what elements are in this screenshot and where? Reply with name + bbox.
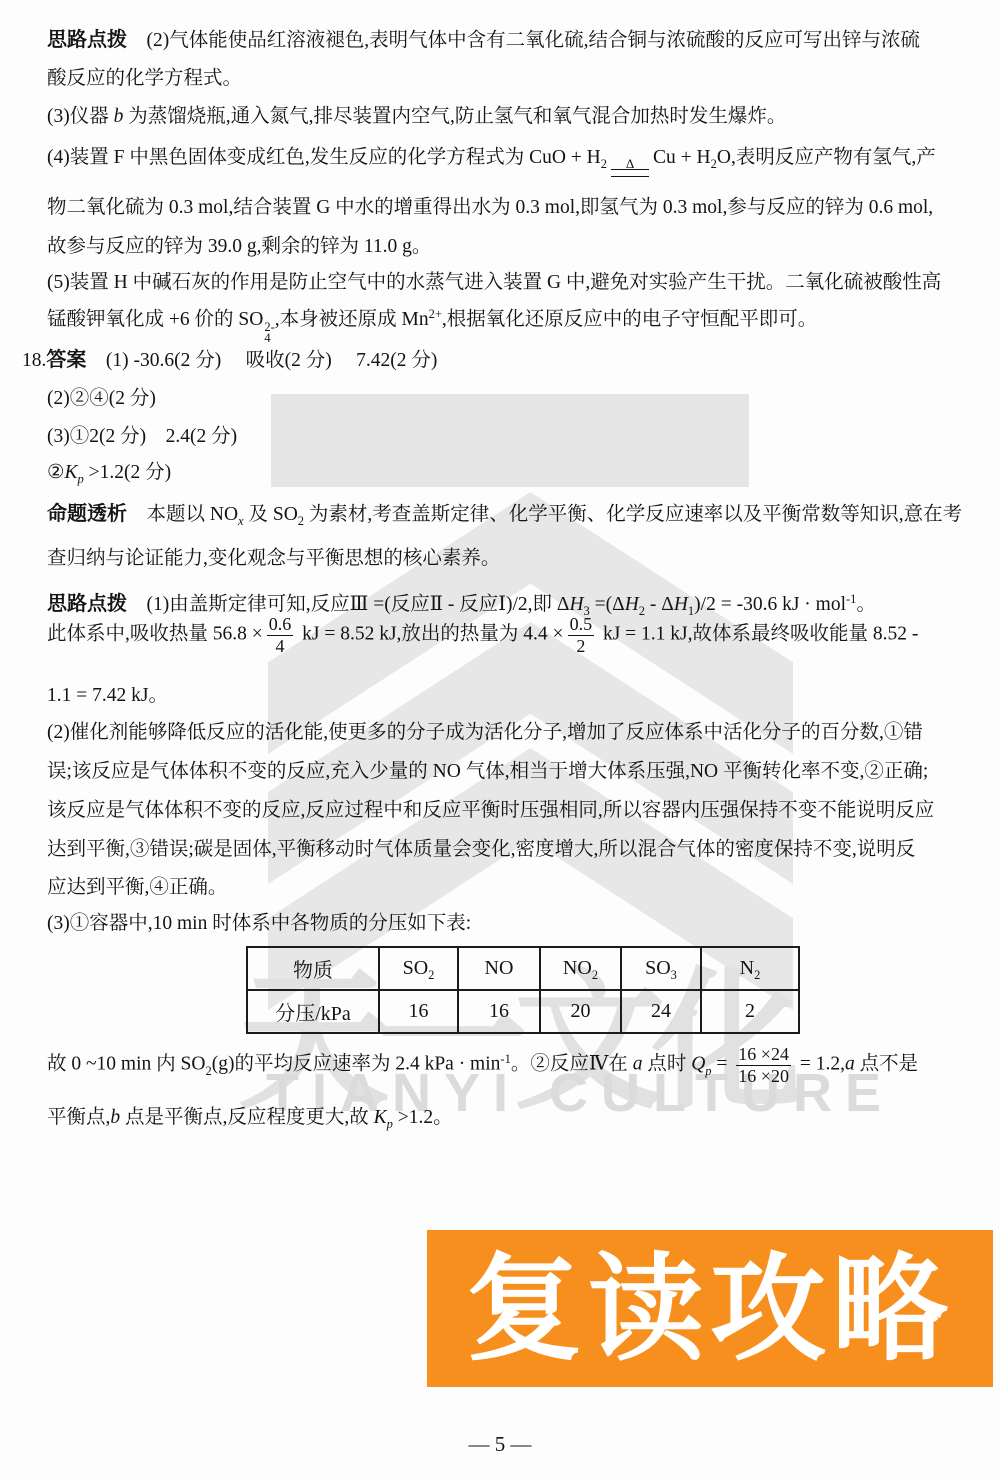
text: =(Δ <box>590 594 625 615</box>
text: (2)②④(2 分) <box>47 388 156 409</box>
text: SO <box>645 957 671 979</box>
bold-label: 命题透析 <box>47 503 127 525</box>
text: 酸反应的化学方程式。 <box>47 68 242 89</box>
text: 18. <box>22 350 46 371</box>
fraction: 0.64 <box>267 614 294 656</box>
text: (5)装置 H 中碱石灰的作用是防止空气中的水蒸气进入装置 G 中,避免对实验产… <box>47 272 941 293</box>
variable: Q <box>691 1054 705 1075</box>
subscript: p <box>705 1064 711 1078</box>
fraction: 16 ×2416 ×20 <box>736 1044 791 1086</box>
text: 误;该反应是气体体积不变的反应,充入少量的 NO 气体,相当于增大体系压强,NO… <box>47 761 928 782</box>
table-header-cell: NO <box>458 947 540 990</box>
text: = 1.2, <box>795 1054 845 1075</box>
table-cell: 分压/kPa <box>247 990 379 1033</box>
text: 平衡点, <box>47 1107 110 1128</box>
page-number: — 5 — <box>0 1432 1000 1457</box>
subscript: 2 <box>601 157 607 171</box>
text: NO <box>563 957 592 979</box>
variable: b <box>114 106 124 127</box>
text: 应达到平衡,④正确。 <box>47 877 227 898</box>
text: 查归纳与论证能力,变化观念与平衡思想的核心素养。 <box>47 548 500 569</box>
text-line: 锰酸钾氧化成 +6 价的 SO2-4,本身被还原成 Mn2+,根据氧化还原反应中… <box>47 308 817 343</box>
text: 本题以 NO <box>127 504 238 525</box>
text: 点时 <box>642 1054 691 1075</box>
text-line: 平衡点,b 点是平衡点,反应程度更大,故 Kp >1.2。 <box>47 1106 453 1130</box>
text-line: 查归纳与论证能力,变化观念与平衡思想的核心素养。 <box>47 547 500 571</box>
subscript: x <box>238 514 244 528</box>
text: (1) -30.6(2 分) 吸收(2 分) 7.42(2 分) <box>86 350 437 371</box>
variable: K <box>64 462 77 483</box>
text: NO <box>485 957 514 979</box>
text: 故参与反应的锌为 39.0 g,剩余的锌为 11.0 g。 <box>47 236 431 257</box>
partial-pressure-table: 物质 SO2 NO NO2 SO3 N2 分压/kPa 16 16 20 24 … <box>246 946 800 1034</box>
text: N <box>740 957 754 979</box>
table-cell: 24 <box>621 990 701 1033</box>
text: >1.2。 <box>393 1107 453 1128</box>
text: (4)装置 F 中黑色固体变成红色,发生反应的化学方程式为 CuO + H <box>47 147 601 168</box>
text: ,根据氧化还原反应中的电子守恒配平即可。 <box>442 309 817 330</box>
text: 锰酸钾氧化成 +6 价的 SO <box>47 309 263 330</box>
text: kJ = 8.52 kJ,放出的热量为 4.4 × <box>297 624 563 645</box>
text: (1)由盖斯定律可知,反应Ⅲ =(反应Ⅱ - 反应Ⅰ)/2,即 Δ <box>127 594 569 615</box>
text-line: (2)催化剂能够降低反应的活化能,使更多的分子成为活化分子,增加了反应体系中活化… <box>47 721 923 745</box>
table-header-cell: NO2 <box>540 947 621 990</box>
text: Cu + H <box>653 147 711 168</box>
table-cell: 16 <box>379 990 458 1033</box>
superscript: 2+ <box>429 307 442 321</box>
answer-line: (2)②④(2 分) <box>47 387 156 411</box>
text: 该反应是气体体积不变的反应,反应过程中和反应平衡时压强相同,所以容器内压强保持不… <box>47 800 934 821</box>
table-data-row: 分压/kPa 16 16 20 24 2 <box>247 990 799 1033</box>
table-header-cell: SO2 <box>379 947 458 990</box>
superscript: -1 <box>846 592 856 606</box>
text-line: (4)装置 F 中黑色固体变成红色,发生反应的化学方程式为 CuO + H2ΔC… <box>47 146 936 177</box>
subscript: p <box>78 472 84 486</box>
table-header-cell: N2 <box>701 947 799 990</box>
text-line: (3)仪器 b 为蒸馏烧瓶,通入氮气,排尽装置内空气,防止氢气和氧气混合加热时发… <box>47 105 786 129</box>
table-cell: 16 <box>458 990 540 1033</box>
text: 。 <box>856 594 876 615</box>
subscript: 2 <box>592 968 598 982</box>
text: 达到平衡,③错误;碳是固体,平衡移动时气体质量会变化,密度增大,所以混合气体的密… <box>47 839 915 860</box>
text-line: 达到平衡,③错误;碳是固体,平衡移动时气体质量会变化,密度增大,所以混合气体的密… <box>47 838 915 862</box>
table-header-row: 物质 SO2 NO NO2 SO3 N2 <box>247 947 799 990</box>
text: (2)气体能使品红溶液褪色,表明气体中含有二氧化硫,结合铜与浓硫酸的反应可写出锌… <box>127 30 920 51</box>
text-line: 此体系中,吸收热量 56.8 ×0.64 kJ = 8.52 kJ,放出的热量为… <box>47 614 918 656</box>
variable: K <box>374 1107 387 1128</box>
text: (3)①容器中,10 min 时体系中各物质的分压如下表: <box>47 913 471 934</box>
bold-label: 思路点拨 <box>47 29 127 51</box>
subscript: 3 <box>671 968 677 982</box>
text-line: 1.1 = 7.42 kJ。 <box>47 684 168 708</box>
text: )/2 = -30.6 kJ · mol <box>694 594 846 615</box>
answer-line: 18.答案 (1) -30.6(2 分) 吸收(2 分) 7.42(2 分) <box>22 348 437 373</box>
bold-label: 思路点拨 <box>47 593 127 615</box>
table-cell: 20 <box>540 990 621 1033</box>
text-line: (5)装置 H 中碱石灰的作用是防止空气中的水蒸气进入装置 G 中,避免对实验产… <box>47 271 941 295</box>
text-line: 思路点拨 (2)气体能使品红溶液褪色,表明气体中含有二氧化硫,结合铜与浓硫酸的反… <box>47 28 920 53</box>
text: kJ = 1.1 kJ,故体系最终吸收能量 8.52 - <box>598 624 918 645</box>
text: SO <box>403 957 429 979</box>
answer-line: (3)①2(2 分) 2.4(2 分) <box>47 425 237 449</box>
table-header-cell: SO3 <box>621 947 701 990</box>
bold-label: 答案 <box>46 349 86 371</box>
subscript: 2 <box>754 968 760 982</box>
ion-charge-subscript: 2-4 <box>264 322 274 343</box>
text: 1.1 = 7.42 kJ。 <box>47 685 168 706</box>
text-line: 应达到平衡,④正确。 <box>47 876 227 900</box>
text: 故 0 ~10 min 内 SO <box>47 1054 205 1075</box>
text: (g)的平均反应速率为 2.4 kPa · min <box>212 1054 501 1075</box>
watermark-rectangle <box>271 394 749 487</box>
text: O,表明反应产物有氢气,产 <box>717 147 936 168</box>
delta-equals-symbol: Δ <box>611 158 649 177</box>
text-line: 误;该反应是气体体积不变的反应,充入少量的 NO 气体,相当于增大体系压强,NO… <box>47 760 928 784</box>
text-line: 命题透析 本题以 NOx 及 SO2 为素材,考查盖斯定律、化学平衡、化学反应速… <box>47 502 962 527</box>
variable: b <box>110 1107 120 1128</box>
subscript: 2 <box>428 968 434 982</box>
text: (3)①2(2 分) 2.4(2 分) <box>47 426 237 447</box>
text: 物二氧化硫为 0.3 mol,结合装置 G 中水的增重得出水为 0.3 mol,… <box>47 197 933 218</box>
fudu-gonglue-banner: 复读攻略 <box>427 1230 993 1387</box>
subscript: p <box>387 1117 393 1131</box>
subscript: 2 <box>711 157 717 171</box>
text: >1.2(2 分) <box>84 462 171 483</box>
text-line: (3)①容器中,10 min 时体系中各物质的分压如下表: <box>47 912 471 936</box>
fraction: 0.52 <box>568 614 595 656</box>
text: 为素材,考查盖斯定律、化学平衡、化学反应速率以及平衡常数等知识,意在考 <box>304 504 962 525</box>
text-line: 酸反应的化学方程式。 <box>47 67 242 91</box>
text-line: 该反应是气体体积不变的反应,反应过程中和反应平衡时压强相同,所以容器内压强保持不… <box>47 799 934 823</box>
text: ② <box>47 462 64 483</box>
variable: H <box>674 594 688 615</box>
text: (3)仪器 <box>47 106 114 127</box>
variable: H <box>569 594 583 615</box>
text: 为蒸馏烧瓶,通入氮气,排尽装置内空气,防止氢气和氧气混合加热时发生爆炸。 <box>123 106 786 127</box>
text: 点是平衡点,反应程度更大,故 <box>120 1107 374 1128</box>
variable: H <box>625 594 639 615</box>
text: (2)催化剂能够降低反应的活化能,使更多的分子成为活化分子,增加了反应体系中活化… <box>47 722 923 743</box>
text-line: 故参与反应的锌为 39.0 g,剩余的锌为 11.0 g。 <box>47 235 431 259</box>
superscript: -1 <box>500 1052 510 1066</box>
table-cell: 2 <box>701 990 799 1033</box>
text: 。②反应Ⅳ在 <box>511 1054 633 1075</box>
text: 此体系中,吸收热量 56.8 × <box>47 624 263 645</box>
subscript: 2 <box>205 1064 211 1078</box>
table-header-cell: 物质 <box>247 947 379 990</box>
variable: a <box>633 1054 643 1075</box>
text: 物质 <box>293 960 333 982</box>
answer-line: ②Kp >1.2(2 分) <box>47 461 171 485</box>
text: 及 SO <box>244 504 298 525</box>
subscript: 2 <box>298 514 304 528</box>
text-line: 故 0 ~10 min 内 SO2(g)的平均反应速率为 2.4 kPa · m… <box>47 1044 918 1086</box>
text: 点不是 <box>855 1054 918 1075</box>
answer-book-page: 天一文化 TIANYI CULTURE 思路点拨 (2)气体能使品红溶液褪色,表… <box>0 0 1000 1481</box>
text-line: 物二氧化硫为 0.3 mol,结合装置 G 中水的增重得出水为 0.3 mol,… <box>47 196 933 220</box>
variable: a <box>845 1054 855 1075</box>
text: ,本身被还原成 Mn <box>275 309 429 330</box>
banner-text: 复读攻略 <box>466 1251 954 1367</box>
text: = <box>712 1054 733 1075</box>
text: - Δ <box>645 594 674 615</box>
